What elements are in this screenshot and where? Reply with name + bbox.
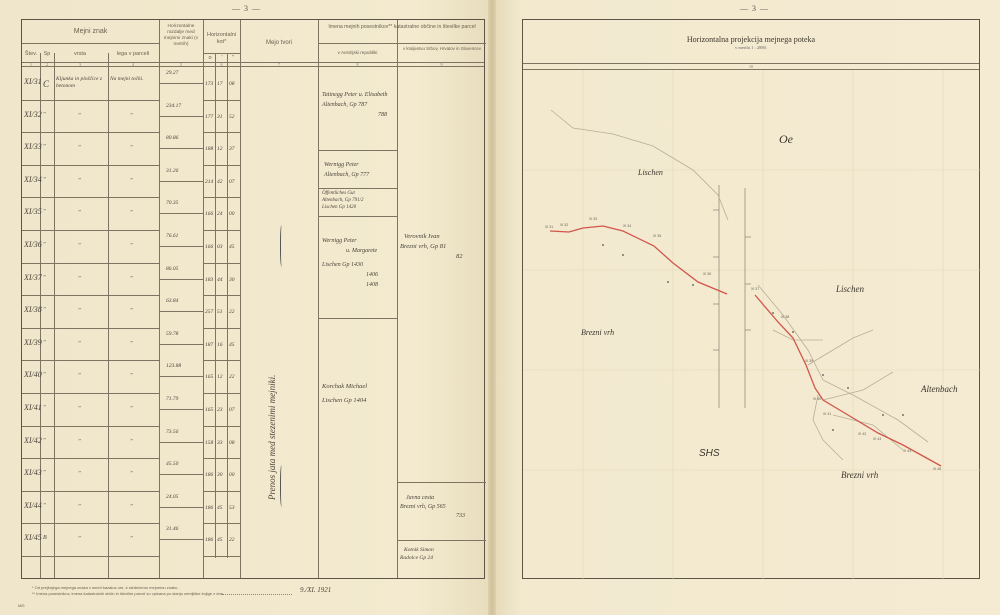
stone-sp: " (43, 438, 46, 444)
stone-position: " (130, 178, 133, 184)
stone-position: " (130, 373, 133, 379)
angle-seconds: 37 (229, 146, 235, 152)
distance-divider (159, 246, 203, 247)
stone-sp: " (43, 112, 46, 118)
stone-type: " (78, 276, 81, 282)
col-number: 5 (159, 62, 203, 67)
distance-divider (159, 507, 203, 508)
divider (318, 216, 397, 217)
angle-seconds: 00 (229, 211, 235, 217)
header-vrsta: vrsta (54, 51, 106, 58)
stone-number: XI/38 (24, 305, 42, 314)
stone-position: " (130, 113, 133, 119)
row-divider (22, 556, 159, 557)
divider (318, 43, 486, 44)
stone-type: " (78, 536, 81, 542)
map-label-altenbach: Altenbach (921, 384, 958, 394)
owner-austria-4: Wernigg Peter u. Margarete Lischen Gp 14… (322, 236, 378, 290)
stone-number: XI/32 (24, 110, 42, 119)
stone-position: " (130, 308, 133, 314)
owner-line: 82 (400, 252, 463, 262)
svg-text:XI 45: XI 45 (933, 467, 941, 471)
divider (203, 20, 204, 578)
svg-text:XI 38: XI 38 (781, 315, 789, 319)
date-line (222, 594, 292, 595)
stone-sp: " (43, 242, 46, 248)
stone-type: Kljunka in ploščice z betonom (56, 76, 106, 90)
owner-line: Lischen Gp 1404 (322, 394, 367, 408)
distance-value: 24.05 (166, 494, 178, 500)
owner-line: u. Margarete (322, 246, 378, 256)
angle-minutes: 17 (217, 81, 223, 87)
header-shs: v kraljestvu Srbov, Hrvatov in Slovencev (399, 46, 485, 52)
distance-divider (159, 376, 203, 377)
owner-line: Altenbach, Gp 787 (322, 100, 387, 110)
stone-sp: " (43, 209, 46, 215)
owner-shs-1: Verovnik Ivan Brezni vrh, Gp 81 82 (400, 232, 463, 262)
corner-mark: MIG (18, 604, 25, 608)
stone-position: Na mejni točki. (110, 76, 150, 83)
header-kot-sec: " (228, 55, 238, 62)
stone-position: " (130, 471, 133, 477)
svg-text:XI 44: XI 44 (903, 449, 911, 453)
stone-position: " (130, 276, 133, 282)
col-number: 9 (397, 62, 486, 67)
distance-value: 86.05 (166, 266, 178, 272)
header-kot-deg: o (205, 55, 215, 62)
row-divider (203, 295, 240, 296)
svg-text:XI 36: XI 36 (703, 272, 711, 276)
distance-divider (159, 83, 203, 84)
distance-value: 71.79 (166, 396, 178, 402)
footnote-2: ** Imena posestnikov, imena katastralnih… (32, 591, 223, 596)
angle-seconds: 08 (229, 440, 235, 446)
stone-sp: " (43, 177, 46, 183)
row-divider (203, 393, 240, 394)
angle-minutes: 23 (217, 407, 223, 413)
divider (215, 53, 216, 558)
distance-divider (159, 181, 203, 182)
svg-text:XI 33: XI 33 (589, 217, 597, 221)
owner-line: Kotnik Simon (400, 546, 434, 554)
col-number: 3 (54, 62, 106, 67)
angle-seconds: 45 (229, 244, 235, 250)
divider (22, 43, 159, 44)
stone-type: " (78, 504, 81, 510)
distance-value: 31.26 (166, 168, 178, 174)
stone-position: " (130, 210, 133, 216)
header-kot: Horizontalni kot* (203, 32, 240, 46)
svg-text:XI 34: XI 34 (623, 224, 631, 228)
owner-line: Lischen Gp 1420 (322, 204, 364, 211)
distance-value: 31.46 (166, 526, 178, 532)
stone-number: XI/31 (24, 77, 42, 86)
stone-position: " (130, 504, 133, 510)
stone-type: " (78, 406, 81, 412)
distance-divider (159, 442, 203, 443)
stone-type: " (78, 341, 81, 347)
stone-number: XI/44 (24, 501, 42, 510)
divider (203, 53, 240, 54)
owner-austria-1: Tatinegg Peter u. Elisabeth Altenbach, G… (322, 90, 387, 120)
svg-text:XI 39: XI 39 (805, 359, 813, 363)
stone-type: " (78, 373, 81, 379)
row-divider (203, 263, 240, 264)
stone-sp: B (43, 535, 47, 541)
angle-degrees: 186 (205, 472, 213, 478)
owner-line: Altenbach, Gp 777 (324, 170, 369, 180)
angle-degrees: 165 (205, 374, 213, 380)
stone-type: " (78, 308, 81, 314)
distance-value: 29.27 (166, 70, 178, 76)
col-number: 8 (318, 62, 397, 67)
row-divider (203, 556, 240, 557)
row-divider (203, 491, 240, 492)
angle-seconds: 22 (229, 537, 235, 543)
angle-minutes: 45 (217, 505, 223, 511)
row-divider (22, 263, 159, 264)
owner-line: Wernigg Peter (324, 160, 369, 170)
map-frame: Horizontalna projekcija mejnega poteka v… (522, 19, 980, 579)
stone-number: XI/35 (24, 207, 42, 216)
angle-degrees: 257 (205, 309, 213, 315)
stone-position: " (130, 439, 133, 445)
map-label-lischen-right: Lischen (836, 284, 864, 294)
owner-shs-3: Kotnik Simon Radolce Gp 24 (400, 546, 434, 562)
row-divider (203, 100, 240, 101)
distance-divider (159, 539, 203, 540)
header-sp: Sp (40, 51, 54, 58)
divider (397, 540, 486, 541)
header-kot-min: ' (217, 55, 227, 62)
row-divider (203, 426, 240, 427)
owner-line: Korchak Michael (322, 380, 367, 394)
stone-type: " (78, 145, 81, 151)
boundary-map: XI 31XI 32 XI 33XI 34 XI 35XI 36 XI 37XI… (523, 20, 981, 580)
distance-value: 70.35 (166, 200, 178, 206)
header-razdalja: Horizontalne razdalje med mejnimi znaki … (159, 24, 203, 48)
stone-type: " (78, 178, 81, 184)
distance-divider (159, 279, 203, 280)
right-page-number: — 3 — (740, 4, 769, 13)
boundary-table: Mejni znak Štev. Sp vrsta lega v parceli… (21, 19, 485, 579)
owner-line: Javna cesta (400, 494, 465, 503)
stone-position: " (130, 406, 133, 412)
distance-value: 45.50 (166, 461, 178, 467)
svg-text:XI 40: XI 40 (813, 397, 821, 401)
footnote-1: * Od prejšnjega mejnega znaka v smeri ka… (32, 585, 179, 590)
header-mejo-tvori: Mejo tvori (240, 40, 318, 48)
row-divider (203, 165, 240, 166)
stone-position: " (130, 536, 133, 542)
angle-seconds: 08 (229, 81, 235, 87)
angle-minutes: 51 (217, 309, 223, 315)
owner-line: Altenbach, Gp 791/2 (322, 197, 364, 204)
stone-type: " (78, 439, 81, 445)
stone-number: XI/41 (24, 403, 42, 412)
distance-divider (159, 116, 203, 117)
angle-seconds: 52 (229, 114, 235, 120)
angle-degrees: 173 (205, 81, 213, 87)
svg-text:XI 32: XI 32 (560, 223, 568, 227)
stone-sp: " (43, 470, 46, 476)
stone-number: XI/39 (24, 338, 42, 347)
row-divider (203, 523, 240, 524)
stone-sp: " (43, 503, 46, 509)
stone-number: XI/34 (24, 175, 42, 184)
stone-sp: " (43, 275, 46, 281)
divider (318, 150, 397, 151)
divider (159, 20, 160, 578)
angle-minutes: 12 (217, 374, 223, 380)
left-page-number: — 3 — (232, 4, 261, 13)
svg-text:XI 43: XI 43 (873, 437, 881, 441)
owner-line: Radolce Gp 24 (400, 554, 434, 562)
stone-sp: " (43, 307, 46, 313)
col-number: 6 (203, 62, 240, 67)
owner-line: Verovnik Ivan (400, 232, 463, 242)
stone-sp: C (43, 79, 49, 89)
owner-line: 1408 (322, 280, 378, 290)
row-divider (203, 458, 240, 459)
angle-seconds: 45 (229, 342, 235, 348)
row-divider (22, 197, 159, 198)
stone-number: XI/43 (24, 468, 42, 477)
owner-line: 733 (400, 512, 465, 521)
divider (227, 53, 228, 558)
distance-value: 234.17 (166, 103, 181, 109)
angle-degrees: 188 (205, 146, 213, 152)
row-divider (22, 165, 159, 166)
stone-number: XI/45 (24, 533, 42, 542)
row-divider (203, 328, 240, 329)
distance-divider (159, 213, 203, 214)
map-label-oe: Oe (779, 132, 793, 147)
svg-text:XI 31: XI 31 (545, 225, 553, 229)
row-divider (203, 230, 240, 231)
header-lega: lega v parceli (108, 51, 158, 58)
distance-value: 76.61 (166, 233, 178, 239)
angle-minutes: 45 (217, 537, 223, 543)
distance-value: 73.56 (166, 429, 178, 435)
row-divider (22, 491, 159, 492)
owner-line: 788 (322, 110, 387, 120)
row-divider (22, 360, 159, 361)
angle-seconds: 00 (229, 472, 235, 478)
angle-degrees: 158 (205, 440, 213, 446)
stone-sp: " (43, 372, 46, 378)
angle-degrees: 166 (205, 244, 213, 250)
divider (397, 20, 398, 578)
angle-minutes: 16 (217, 342, 223, 348)
row-divider (22, 132, 159, 133)
angle-minutes: 30 (217, 472, 223, 478)
stone-number: XI/33 (24, 142, 42, 151)
stone-position: " (130, 145, 133, 151)
angle-degrees: 165 (205, 407, 213, 413)
row-divider (203, 197, 240, 198)
map-label-brezni-vrh-left: Brezni vrh (581, 328, 614, 337)
stone-sp: " (43, 144, 46, 150)
distance-value: 63.84 (166, 298, 178, 304)
boundary-description: Prenos jata med stezenimi mejniki. (267, 375, 277, 500)
row-divider (22, 393, 159, 394)
divider (240, 20, 241, 578)
distance-value: 80.86 (166, 135, 178, 141)
col-number: 7 (240, 62, 318, 67)
angle-seconds: 22 (229, 309, 235, 315)
map-label-brezni-vrh-bottom: Brezni vrh (841, 470, 878, 480)
stone-type: " (78, 471, 81, 477)
col-number: 1 (22, 62, 40, 67)
owner-line: Lischen Gp 1430 (322, 260, 378, 270)
divider (318, 318, 397, 319)
header-stev: Štev. (22, 51, 40, 58)
header-mejni-znak: Mejni znak (22, 28, 159, 37)
stone-sp: " (43, 405, 46, 411)
angle-degrees: 214 (205, 179, 213, 185)
angle-seconds: 07 (229, 407, 235, 413)
divider (318, 188, 397, 189)
stone-type: " (78, 243, 81, 249)
col-number: 2 (40, 62, 54, 67)
angle-seconds: 07 (229, 179, 235, 185)
distance-divider (159, 474, 203, 475)
row-divider (22, 458, 159, 459)
angle-degrees: 186 (205, 537, 213, 543)
stone-type: " (78, 210, 81, 216)
stone-number: XI/42 (24, 436, 42, 445)
angle-degrees: 187 (205, 342, 213, 348)
stone-number: XI/40 (24, 370, 42, 379)
angle-minutes: 24 (217, 211, 223, 217)
angle-minutes: 31 (217, 114, 223, 120)
angle-minutes: 33 (217, 440, 223, 446)
bracket-top (280, 225, 284, 267)
owner-line: Öffentliches Gut (322, 190, 364, 197)
owner-line: Brezni vrh, Gp 81 (400, 242, 463, 252)
distance-divider (159, 344, 203, 345)
row-divider (203, 132, 240, 133)
row-divider (22, 328, 159, 329)
bracket-bottom (280, 465, 284, 507)
owner-line: Wernigg Peter (322, 236, 378, 246)
row-divider (22, 230, 159, 231)
row-divider (22, 100, 159, 101)
angle-minutes: 03 (217, 244, 223, 250)
date: 9./XI. 1921 (300, 586, 331, 594)
row-divider (22, 426, 159, 427)
header-imena: Imena mejnih posestnikov** katastralne o… (322, 24, 482, 31)
distance-divider (159, 311, 203, 312)
row-divider (22, 295, 159, 296)
owner-line: Tatinegg Peter u. Elisabeth (322, 90, 387, 100)
book-gutter (488, 0, 496, 615)
owner-line: 1406 (322, 270, 378, 280)
angle-degrees: 186 (205, 505, 213, 511)
owner-austria-3: Öffentliches Gut Altenbach, Gp 791/2 Lis… (322, 190, 364, 211)
svg-text:XI 41: XI 41 (823, 412, 831, 416)
map-label-shs: SHS (699, 448, 720, 459)
angle-minutes: 44 (217, 277, 223, 283)
col-number: 4 (108, 62, 158, 67)
angle-minutes: 42 (217, 179, 223, 185)
svg-text:XI 42: XI 42 (858, 432, 866, 436)
angle-degrees: 177 (205, 114, 213, 120)
angle-degrees: 166 (205, 211, 213, 217)
angle-seconds: 30 (229, 277, 235, 283)
divider (318, 20, 319, 578)
stone-number: XI/37 (24, 273, 42, 282)
divider (397, 482, 486, 483)
distance-divider (159, 148, 203, 149)
stone-type: " (78, 113, 81, 119)
angle-minutes: 12 (217, 146, 223, 152)
angle-degrees: 183 (205, 277, 213, 283)
angle-seconds: 22 (229, 374, 235, 380)
distance-value: 123.88 (166, 363, 181, 369)
row-divider (203, 360, 240, 361)
stone-sp: " (43, 340, 46, 346)
angle-seconds: 53 (229, 505, 235, 511)
owner-austria-5: Korchak Michael Lischen Gp 1404 (322, 380, 367, 408)
owner-austria-2: Wernigg Peter Altenbach, Gp 777 (324, 160, 369, 180)
row-divider (22, 523, 159, 524)
owner-shs-2: Javna cesta Brezni vrh, Gp 565 733 (400, 494, 465, 521)
distance-divider (159, 409, 203, 410)
stone-number: XI/36 (24, 240, 42, 249)
distance-value: 59.78 (166, 331, 178, 337)
stone-position: " (130, 243, 133, 249)
svg-text:XI 35: XI 35 (653, 234, 661, 238)
svg-text:XI 37: XI 37 (751, 287, 759, 291)
stone-position: " (130, 341, 133, 347)
header-avstrija: v Avstrijski republiki (318, 50, 397, 56)
map-label-lischen-top: Lischen (638, 168, 663, 177)
owner-line: Brezni vrh, Gp 565 (400, 503, 465, 512)
